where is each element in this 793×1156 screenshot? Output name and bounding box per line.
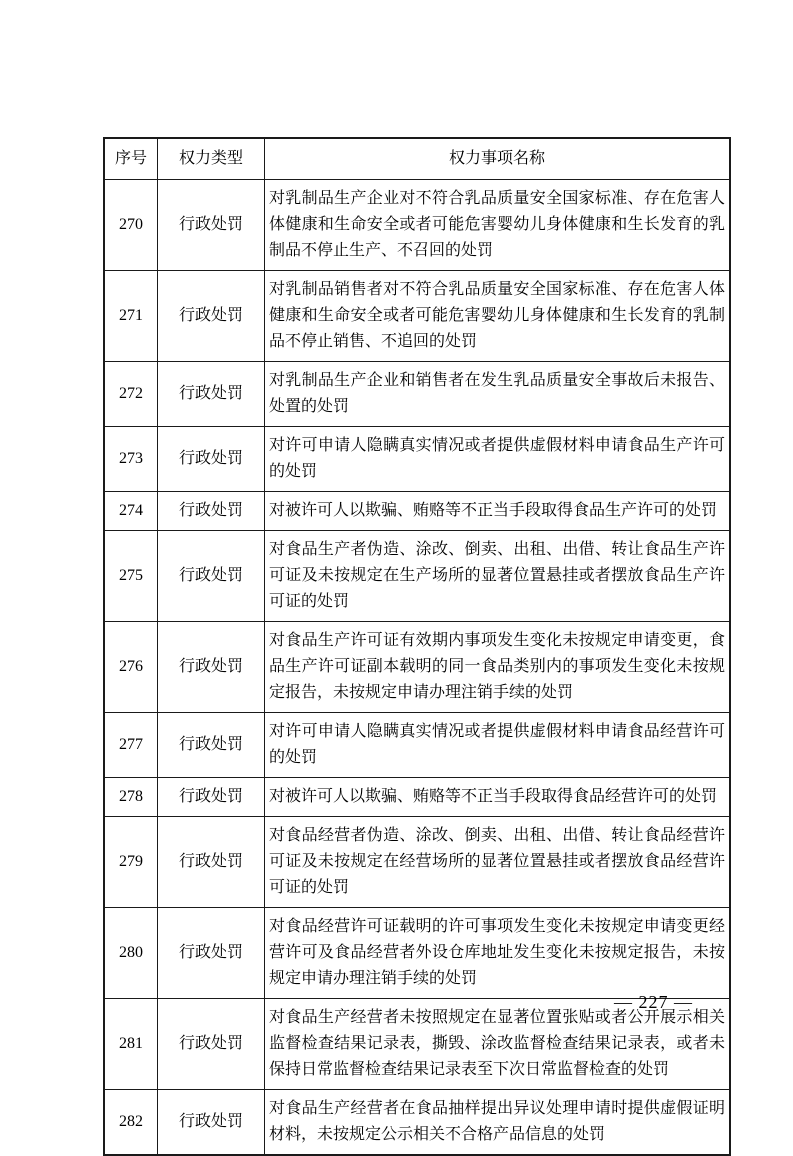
row-seq-number: 273 (104, 427, 158, 492)
table-row: 273行政处罚对许可申请人隐瞒真实情况或者提供虚假材料申请食品生产许可的处罚 (104, 427, 730, 492)
table-row: 270行政处罚对乳制品生产企业对不符合乳品质量安全国家标准、存在危害人体健康和生… (104, 180, 730, 271)
table-header-row: 序号 权力类型 权力事项名称 (104, 138, 730, 180)
row-power-type: 行政处罚 (158, 713, 265, 778)
row-power-type: 行政处罚 (158, 778, 265, 817)
table-row: 275行政处罚对食品生产者伪造、涂改、倒卖、出租、出借、转让食品生产许可证及未按… (104, 531, 730, 622)
table-row: 272行政处罚对乳制品生产企业和销售者在发生乳品质量安全事故后未报告、处置的处罚 (104, 362, 730, 427)
row-power-item-name: 对食品经营许可证载明的许可事项发生变化未按规定申请变更经营许可及食品经营者外设仓… (265, 908, 731, 999)
row-power-item-name: 对食品经营者伪造、涂改、倒卖、出租、出借、转让食品经营许可证及未按规定在经营场所… (265, 817, 731, 908)
document-page: 序号 权力类型 权力事项名称 270行政处罚对乳制品生产企业对不符合乳品质量安全… (0, 0, 793, 1122)
row-power-type: 行政处罚 (158, 817, 265, 908)
row-seq-number: 276 (104, 622, 158, 713)
row-power-item-name: 对乳制品销售者对不符合乳品质量安全国家标准、存在危害人体健康和生命安全或者可能危… (265, 271, 731, 362)
table-row: 279行政处罚对食品经营者伪造、涂改、倒卖、出租、出借、转让食品经营许可证及未按… (104, 817, 730, 908)
row-seq-number: 279 (104, 817, 158, 908)
row-power-type: 行政处罚 (158, 622, 265, 713)
header-power-type: 权力类型 (158, 138, 265, 180)
row-power-type: 行政处罚 (158, 362, 265, 427)
row-power-item-name: 对许可申请人隐瞒真实情况或者提供虚假材料申请食品生产许可的处罚 (265, 427, 731, 492)
row-power-item-name: 对食品生产许可证有效期内事项发生变化未按规定申请变更，食品生产许可证副本载明的同… (265, 622, 731, 713)
row-power-type: 行政处罚 (158, 492, 265, 531)
table-row: 278行政处罚对被许可人以欺骗、贿赂等不正当手段取得食品经营许可的处罚 (104, 778, 730, 817)
row-power-item-name: 对许可申请人隐瞒真实情况或者提供虚假材料申请食品经营许可的处罚 (265, 713, 731, 778)
row-seq-number: 277 (104, 713, 158, 778)
table-row: 282行政处罚对食品生产经营者在食品抽样提出异议处理申请时提供虚假证明材料，未按… (104, 1090, 730, 1156)
table-row: 280行政处罚对食品经营许可证载明的许可事项发生变化未按规定申请变更经营许可及食… (104, 908, 730, 999)
row-power-item-name: 对食品生产经营者在食品抽样提出异议处理申请时提供虚假证明材料，未按规定公示相关不… (265, 1090, 731, 1156)
row-seq-number: 282 (104, 1090, 158, 1156)
header-power-item-name: 权力事项名称 (265, 138, 731, 180)
row-seq-number: 270 (104, 180, 158, 271)
row-power-item-name: 对乳制品生产企业和销售者在发生乳品质量安全事故后未报告、处置的处罚 (265, 362, 731, 427)
row-power-item-name: 对乳制品生产企业对不符合乳品质量安全国家标准、存在危害人体健康和生命安全或者可能… (265, 180, 731, 271)
row-seq-number: 271 (104, 271, 158, 362)
table-row: 271行政处罚对乳制品销售者对不符合乳品质量安全国家标准、存在危害人体健康和生命… (104, 271, 730, 362)
table-row: 274行政处罚对被许可人以欺骗、贿赂等不正当手段取得食品生产许可的处罚 (104, 492, 730, 531)
row-seq-number: 274 (104, 492, 158, 531)
row-power-type: 行政处罚 (158, 1090, 265, 1156)
table-row: 276行政处罚对食品生产许可证有效期内事项发生变化未按规定申请变更，食品生产许可… (104, 622, 730, 713)
row-power-item-name: 对食品生产者伪造、涂改、倒卖、出租、出借、转让食品生产许可证及未按规定在生产场所… (265, 531, 731, 622)
row-power-type: 行政处罚 (158, 908, 265, 999)
row-seq-number: 275 (104, 531, 158, 622)
row-seq-number: 280 (104, 908, 158, 999)
row-power-type: 行政处罚 (158, 427, 265, 492)
row-power-type: 行政处罚 (158, 180, 265, 271)
row-power-type: 行政处罚 (158, 271, 265, 362)
row-seq-number: 278 (104, 778, 158, 817)
header-seq-number: 序号 (104, 138, 158, 180)
page-number: — 227 — (103, 992, 693, 1013)
row-seq-number: 272 (104, 362, 158, 427)
row-power-type: 行政处罚 (158, 531, 265, 622)
row-power-item-name: 对被许可人以欺骗、贿赂等不正当手段取得食品经营许可的处罚 (265, 778, 731, 817)
row-power-item-name: 对被许可人以欺骗、贿赂等不正当手段取得食品生产许可的处罚 (265, 492, 731, 531)
table-row: 277行政处罚对许可申请人隐瞒真实情况或者提供虚假材料申请食品经营许可的处罚 (104, 713, 730, 778)
